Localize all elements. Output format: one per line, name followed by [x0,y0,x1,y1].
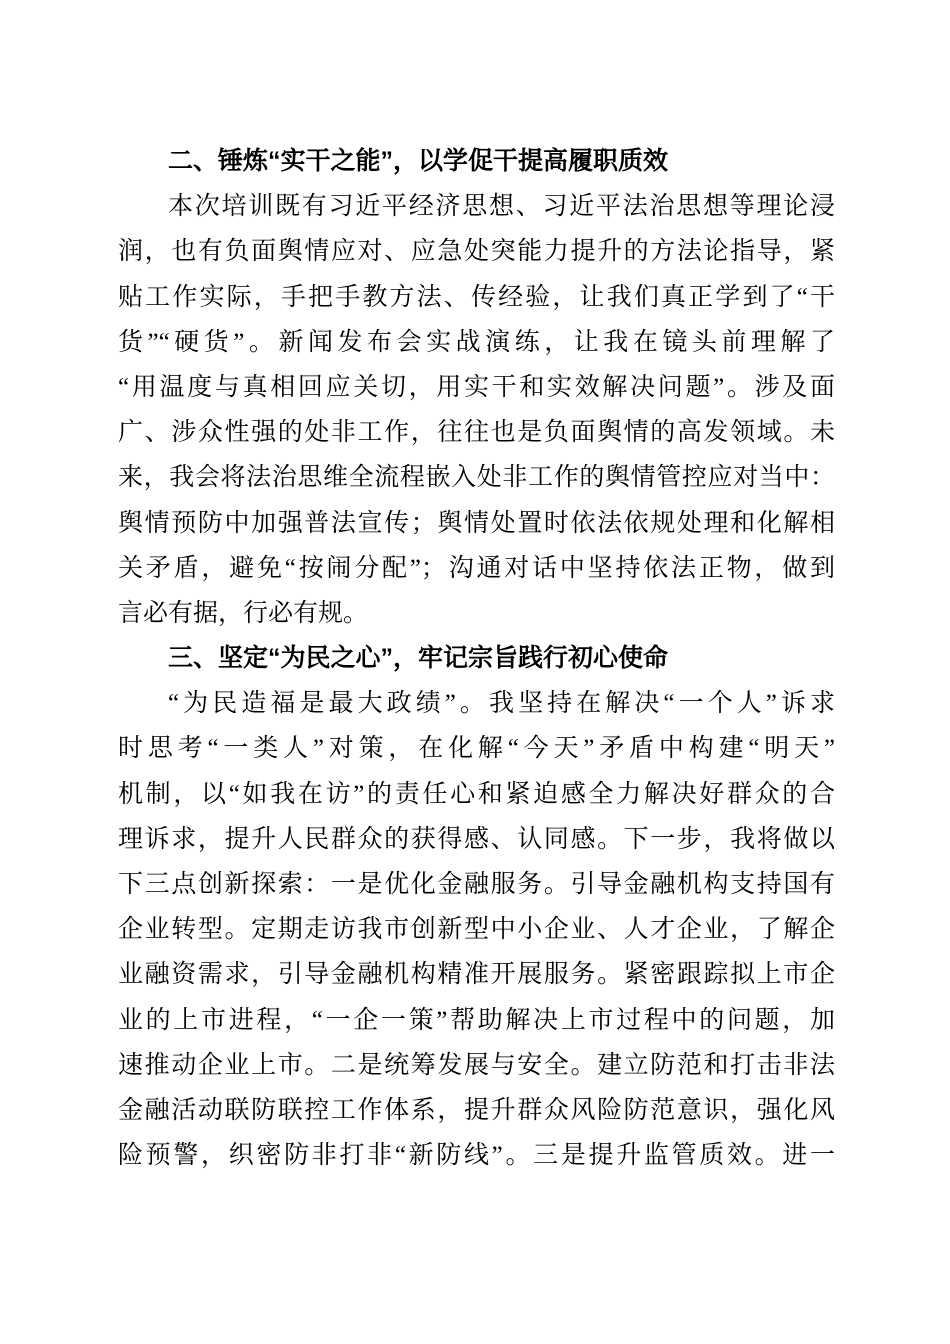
text-line: 言必有据，行必有规。 [118,591,835,636]
document-content: 二、锤炼“实干之能”，以学促干提高履职质效本次培训既有习近平经济思想、习近平法治… [118,139,835,1178]
text-line: 货”“硬货”。新闻发布会实战演练，让我在镜头前理解了 [118,320,835,365]
text-line: 润，也有负面舆情应对、应急处突能力提升的方法论指导，紧 [118,229,835,274]
text-line: 业融资需求，引导金融机构精准开展服务。紧密跟踪拟上市企 [118,952,835,997]
text-line: 业的上市进程，“一企一策”帮助解决上市过程中的问题，加 [118,998,835,1043]
text-line: 理诉求，提升人民群众的获得感、认同感。下一步，我将做以 [118,817,835,862]
text-line: 广、涉众性强的处非工作，往往也是负面舆情的高发领域。未 [118,410,835,455]
document-page: 二、锤炼“实干之能”，以学促干提高履职质效本次培训既有习近平经济思想、习近平法治… [0,0,950,1344]
text-line: 险预警，织密防非打非“新防线”。三是提升监管质效。进一 [118,1133,835,1178]
text-line: 时思考“一类人”对策，在化解“今天”矛盾中构建“明天” [118,726,835,771]
text-line: 机制，以“如我在访”的责任心和紧迫感全力解决好群众的合 [118,772,835,817]
paragraph: “为民造福是最大政绩”。我坚持在解决“一个人”诉求时思考“一类人”对策，在化解“… [118,681,835,1178]
text-line: 本次培训既有习近平经济思想、习近平法治思想等理论浸 [118,184,835,229]
text-line: 舆情预防中加强普法宣传；舆情处置时依法依规处理和化解相 [118,501,835,546]
section-heading: 三、坚定“为民之心”，牢记宗旨践行初心使命 [118,636,835,681]
text-line: “为民造福是最大政绩”。我坚持在解决“一个人”诉求 [118,681,835,726]
text-line: 企业转型。定期走访我市创新型中小企业、人才企业，了解企 [118,907,835,952]
text-line: 速推动企业上市。二是统筹发展与安全。建立防范和打击非法 [118,1043,835,1088]
text-line: 金融活动联防联控工作体系，提升群众风险防范意识，强化风 [118,1088,835,1133]
text-line: 来，我会将法治思维全流程嵌入处非工作的舆情管控应对当中： [118,455,835,500]
text-line: 下三点创新探索：一是优化金融服务。引导金融机构支持国有 [118,862,835,907]
text-line: “用温度与真相回应关切，用实干和实效解决问题”。涉及面 [118,365,835,410]
text-line: 关矛盾，避免“按闹分配”；沟通对话中坚持依法正物，做到 [118,546,835,591]
text-line: 贴工作实际，手把手教方法、传经验，让我们真正学到了“干 [118,275,835,320]
paragraph: 本次培训既有习近平经济思想、习近平法治思想等理论浸润，也有负面舆情应对、应急处突… [118,184,835,636]
section-heading: 二、锤炼“实干之能”，以学促干提高履职质效 [118,139,835,184]
